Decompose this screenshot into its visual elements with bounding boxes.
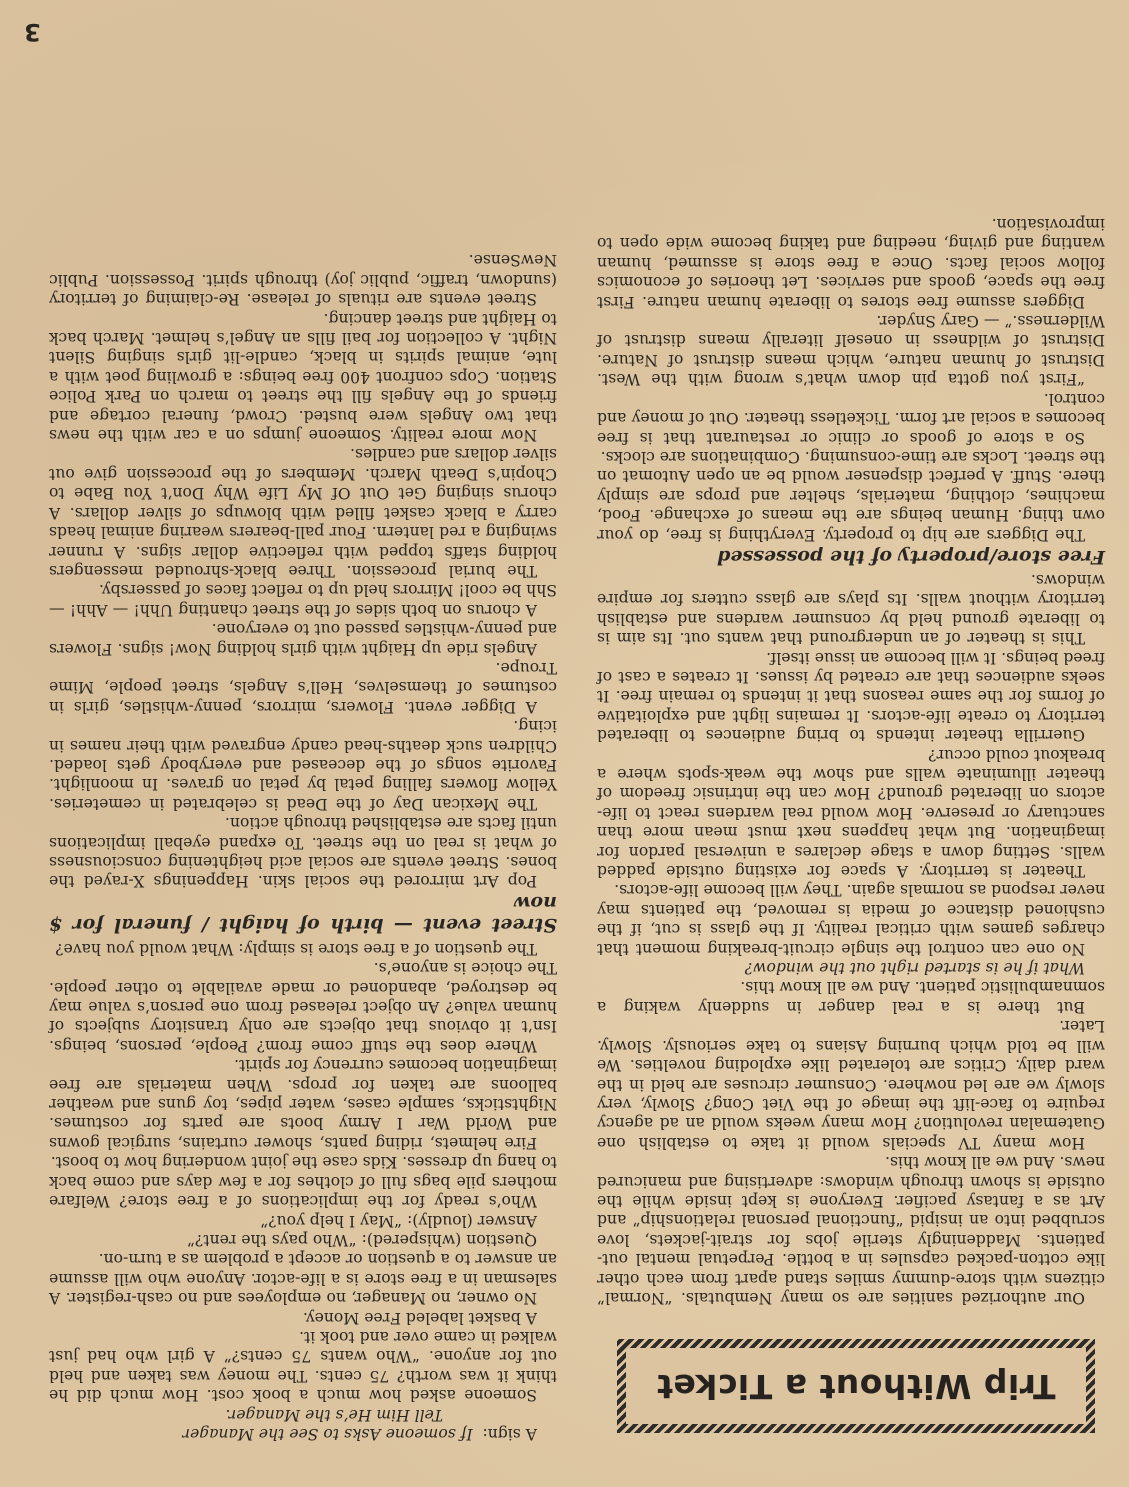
paragraph: The burial procession. Three black-shrou… bbox=[49, 444, 557, 580]
right-column: A sign: If someone Asks to See the Manag… bbox=[49, 250, 557, 1443]
paragraph: How many TV specials would it take to es… bbox=[597, 1016, 1105, 1152]
left-column: Trip Without a Ticket Our authorized san… bbox=[597, 214, 1105, 1443]
paragraph: Diggers assume free stores to liberate h… bbox=[597, 214, 1105, 311]
paragraph: Where does the stuff come from? People, … bbox=[49, 958, 557, 1055]
paragraph: Guerrilla theater intends to bring audie… bbox=[597, 647, 1105, 744]
paragraph: Pop Art mirrored the social skin. Happen… bbox=[49, 813, 557, 891]
sign-label: A sign: bbox=[483, 1425, 538, 1443]
quote-paragraph: “First you gotta pin down what’s wrong w… bbox=[597, 311, 1105, 389]
article-title-box: Trip Without a Ticket bbox=[617, 1339, 1095, 1433]
paragraph: The Mexican Day of the Dead is celebrate… bbox=[49, 716, 557, 813]
paragraph: A chorus on both sides of the street cha… bbox=[49, 580, 557, 619]
sign-line: A sign: If someone Asks to See the Manag… bbox=[49, 1424, 557, 1443]
paragraph: Answer (loudly): “May I help you?” bbox=[49, 1210, 557, 1229]
paragraph: But there is a real danger in suddenly w… bbox=[597, 977, 1105, 1016]
paragraph: Now more reality. Someone jumps on a car… bbox=[49, 308, 557, 444]
subhead-free-store: Free store/property of the possessed bbox=[597, 546, 1105, 568]
paragraph: A basket labeled Free Money. bbox=[49, 1307, 557, 1326]
paragraph: The Diggers are hip to property. Everyth… bbox=[597, 447, 1105, 544]
paragraph: Someone asked how much a book cost. How … bbox=[49, 1327, 557, 1405]
page-number: 3 bbox=[24, 18, 41, 46]
paragraph: Who’s ready for the implications of a fr… bbox=[49, 1152, 557, 1210]
paragraph: Question (whispered): “Who pays the rent… bbox=[49, 1230, 557, 1249]
paragraph: No one can control the single circuit-br… bbox=[597, 880, 1105, 958]
paragraph: Our authorized sanities are so many Nemb… bbox=[597, 1152, 1105, 1307]
paragraph: Theater is territory. A space for existi… bbox=[597, 744, 1105, 880]
article-title: Trip Without a Ticket bbox=[657, 1376, 1056, 1395]
sign-text: If someone Asks to See the Manager bbox=[183, 1425, 473, 1443]
paragraph: The question of a free store is simply: … bbox=[49, 938, 557, 957]
subhead-street-event: Street event — birth of haight / funeral… bbox=[49, 892, 557, 936]
paragraph: No owner, no Manager, no employees and n… bbox=[49, 1249, 557, 1307]
paragraph: Fire helmets, riding pants, shower curta… bbox=[49, 1055, 557, 1152]
paragraph: Angels ride up Haight with girls holding… bbox=[49, 619, 557, 658]
paragraph: This is theater of an underground that w… bbox=[597, 570, 1105, 648]
paragraph: What if he is started right out the wind… bbox=[597, 958, 1105, 977]
sign-line-2: Tell Him He’s the Manager. bbox=[49, 1404, 557, 1423]
paragraph: Street events are rituals of release. Re… bbox=[49, 250, 557, 308]
newspaper-page: Trip Without a Ticket Our authorized san… bbox=[0, 0, 1129, 1487]
paragraph: So a store of goods or clinic or restaur… bbox=[597, 388, 1105, 446]
paragraph: A Digger event. Flowers, mirrors, penny-… bbox=[49, 658, 557, 716]
